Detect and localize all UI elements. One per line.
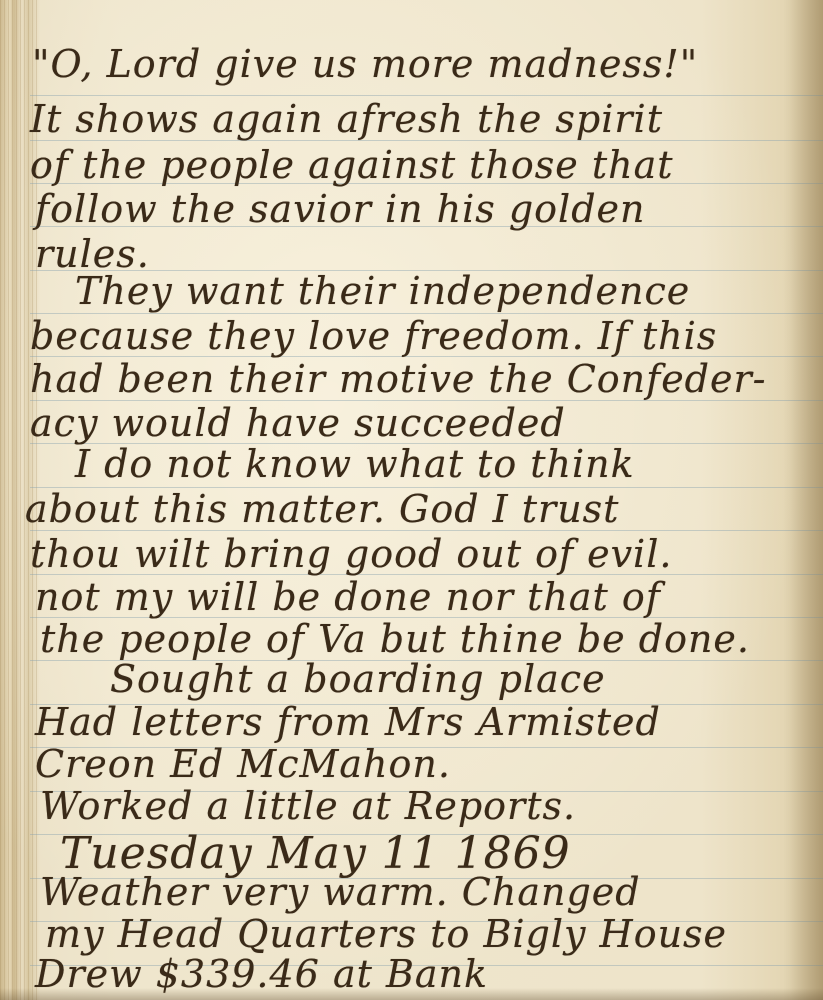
ruled-line	[30, 95, 823, 96]
text-line: the people of Va but thine be done.	[40, 620, 750, 658]
text-line: Worked a little at Reports.	[40, 787, 576, 825]
text-line: It shows again afresh the spirit	[30, 100, 663, 138]
text-line: I do not know what to think	[75, 445, 635, 483]
text-line: not my will be done nor that of	[35, 578, 661, 616]
diary-page: "O, Lord give us more madness!" It shows…	[0, 0, 823, 1000]
page-curl-shadow	[783, 0, 823, 1000]
text-line: follow the savior in his golden	[35, 190, 646, 228]
text-line: rules.	[35, 235, 150, 273]
text-line: Had letters from Mrs Armisted	[35, 703, 661, 741]
text-line: thou wilt bring good out of evil.	[30, 535, 672, 573]
page-bottom-edge	[0, 988, 823, 1000]
text-line: acy would have succeeded	[30, 404, 566, 442]
text-line: Sought a boarding place	[110, 660, 606, 698]
text-line: about this matter. God I trust	[25, 490, 619, 528]
text-line: because they love freedom. If this	[30, 317, 717, 355]
text-line: Creon Ed McMahon.	[35, 745, 451, 783]
text-line: had been their motive the Confeder-	[30, 360, 767, 398]
text-line: my Head Quarters to Bigly House	[45, 915, 727, 953]
text-line: of the people against those that	[30, 146, 674, 184]
text-line: They want their independence	[75, 272, 690, 310]
text-line: "O, Lord give us more madness!"	[32, 45, 698, 83]
text-line: Weather very warm. Changed	[40, 873, 641, 911]
